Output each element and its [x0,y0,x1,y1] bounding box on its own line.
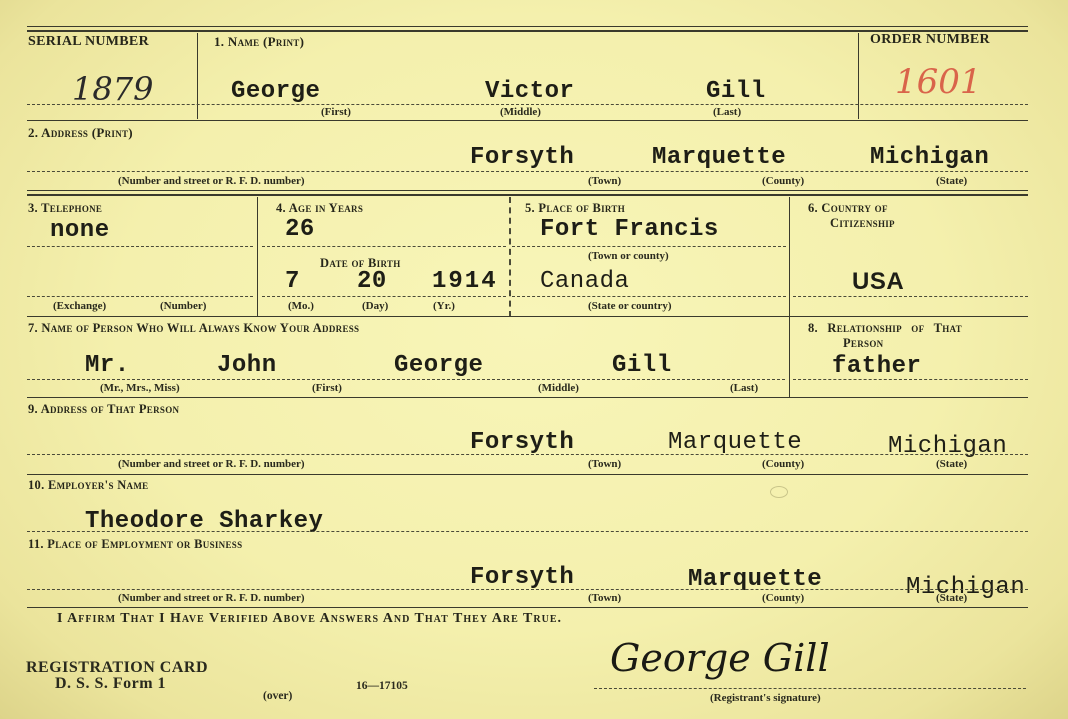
order-number-value: 1601 [895,62,982,102]
town-caption: (Town) [588,175,621,187]
middle-caption: (Middle) [500,106,541,118]
divider [789,197,790,397]
employer-label: 10. Employer's Name [28,478,148,493]
citizenship-line [793,296,1028,297]
form-number: D. S. S. Form 1 [55,675,166,693]
contact-middle-value: George [394,352,483,379]
registrant-signature: George Gill [610,636,830,680]
name-line [27,104,1028,105]
title-caption: (Mr., Mrs., Miss) [100,382,180,394]
contact-town-caption: (Town) [588,458,621,470]
birth-town-value: Fort Francis [540,216,719,243]
day-caption: (Day) [362,300,388,312]
address-label: 2. Address (Print) [28,125,133,141]
divider [509,197,511,317]
row-rule [27,316,1028,317]
dob-year-value: 1914 [432,268,498,295]
signature-caption: (Registrant's signature) [710,692,821,704]
telephone-line-2 [27,296,253,297]
contact-street-caption: (Number and street or R. F. D. number) [118,458,305,470]
relationship-value: father [832,353,921,380]
row-rule [27,607,1028,608]
number-caption: (Number) [160,300,206,312]
contact-last-caption: (Last) [730,382,758,394]
employment-town-caption: (Town) [588,592,621,604]
exchange-caption: (Exchange) [53,300,106,312]
address-line [27,171,1028,172]
county-caption: (County) [762,175,804,187]
address-state-value: Michigan [870,144,989,171]
contact-first-caption: (First) [312,382,342,394]
serial-number-label: SERIAL NUMBER [28,34,149,50]
age-label: 4. Age in Years [276,201,363,216]
employment-state-caption: (State) [936,592,967,604]
employment-town-value: Forsyth [470,564,574,591]
dob-month-value: 7 [285,268,300,295]
birth-country-line [512,296,786,297]
last-caption: (Last) [713,106,741,118]
row-rule [27,190,1028,191]
citizenship-label: 6. Country of [808,201,888,216]
contact-county-caption: (County) [762,458,804,470]
birth-country-caption: (State or country) [588,300,672,312]
contact-address-line [27,454,1028,455]
dob-day-value: 20 [357,268,387,295]
birth-town-caption: (Town or county) [588,250,669,262]
contact-town-value: Forsyth [470,429,574,456]
relationship-label: 8. Relationship of That [808,321,962,336]
relationship-label-2: Person [843,336,883,351]
relationship-line [793,379,1028,380]
employment-place-label: 11. Place of Employment or Business [28,537,242,552]
employment-county-caption: (County) [762,592,804,604]
contact-last-value: Gill [612,352,672,379]
telephone-line [27,246,253,247]
row-rule [27,397,1028,398]
employer-line [27,531,1028,532]
address-town-value: Forsyth [470,144,574,171]
serial-number-value: 1879 [72,70,153,108]
name-label: 1. Name (Print) [214,34,304,50]
print-code: 16—17105 [356,680,408,692]
month-caption: (Mo.) [288,300,314,312]
year-caption: (Yr.) [433,300,455,312]
address-county-value: Marquette [652,144,786,171]
punch-hole-mark [770,486,788,498]
draft-registration-card: SERIAL NUMBER 1. Name (Print) ORDER NUMB… [0,0,1068,719]
telephone-value: none [50,217,110,244]
contact-person-label: 7. Name of Person Who Will Always Know Y… [28,321,359,336]
row-rule [27,120,1028,121]
citizenship-value: USA [852,268,904,296]
affirmation-text: I Affirm That I Have Verified Above Answ… [57,611,562,627]
row-rule [27,474,1028,475]
top-rule [27,26,1028,27]
telephone-label: 3. Telephone [28,201,102,216]
contact-middle-caption: (Middle) [538,382,579,394]
signature-line [594,688,1026,689]
employment-street-caption: (Number and street or R. F. D. number) [118,592,305,604]
order-number-label: ORDER NUMBER [870,32,990,48]
citizenship-label-2: Citizenship [830,216,895,231]
divider [858,33,859,119]
age-value: 26 [285,216,315,243]
birth-town-line [512,246,786,247]
first-caption: (First) [321,106,351,118]
middle-name-value: Victor [485,78,574,105]
employment-line [27,589,1028,590]
over-note: (over) [263,690,292,702]
contact-county-value: Marquette [668,429,802,456]
first-name-value: George [231,78,320,105]
contact-state-caption: (State) [936,458,967,470]
contact-first-value: John [217,352,277,379]
row-rule [27,194,1028,196]
contact-state-value: Michigan [888,433,1007,460]
contact-title-value: Mr. [85,352,130,379]
street-caption: (Number and street or R. F. D. number) [118,175,305,187]
state-caption: (State) [936,175,967,187]
divider [257,197,258,317]
divider [197,33,198,119]
dob-line [262,296,506,297]
age-line [262,246,506,247]
contact-line [27,379,785,380]
last-name-value: Gill [706,78,766,105]
birth-country-value: Canada [540,268,629,295]
place-of-birth-label: 5. Place of Birth [525,201,625,216]
contact-address-label: 9. Address of That Person [28,402,179,417]
